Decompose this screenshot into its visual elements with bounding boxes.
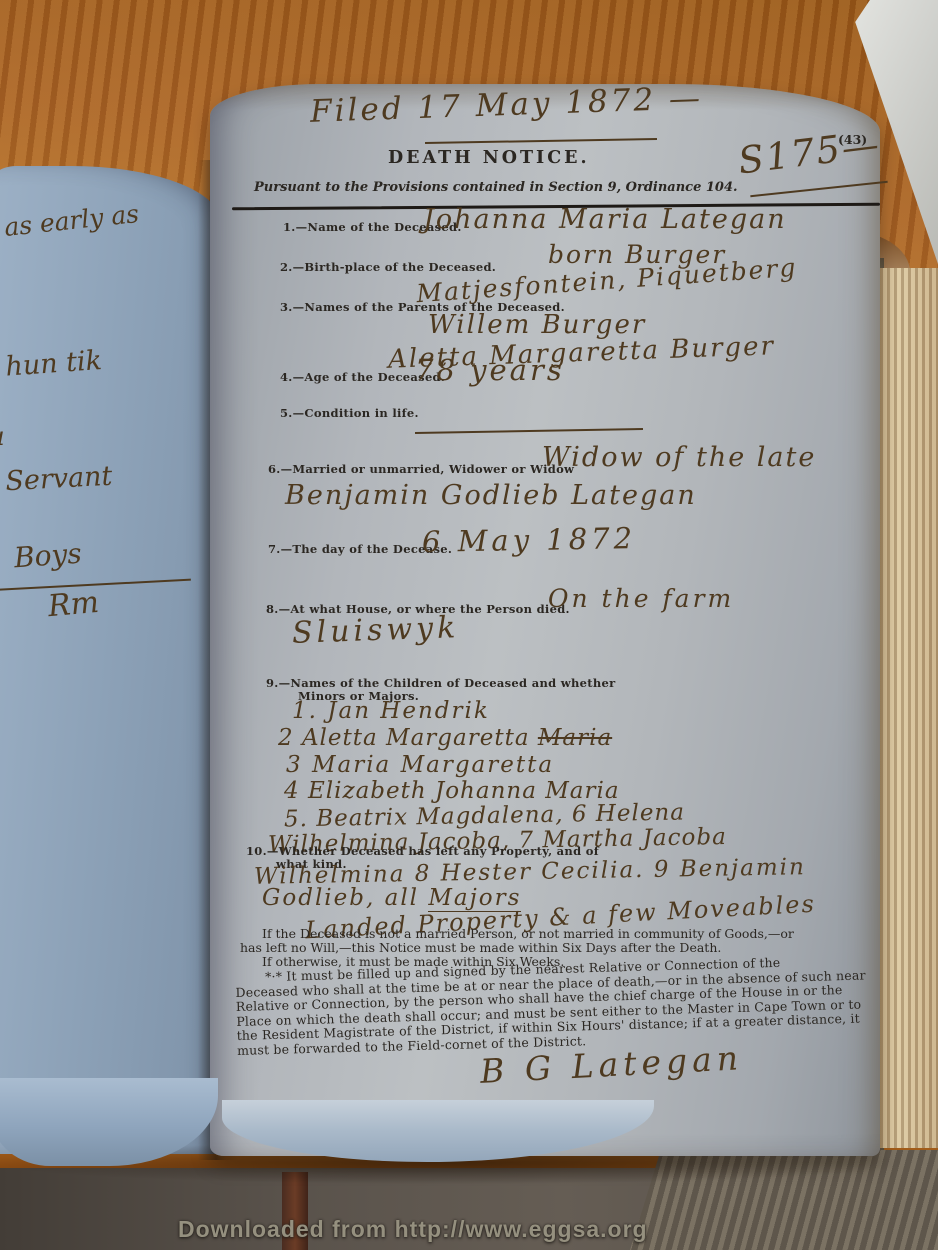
left-page-fragment: t Servant bbox=[0, 463, 113, 497]
children-list-line: 4 Elizabeth Johanna Maria bbox=[284, 780, 620, 803]
legal-notice-line: has left no Will,—this Notice must be ma… bbox=[240, 940, 721, 955]
field-3-value: Willem Burger bbox=[428, 312, 646, 338]
filed-annotation: Filed 17 May 1872 — bbox=[310, 83, 704, 128]
children-line-text: 2 Aletta Margaretta bbox=[278, 725, 538, 751]
children-list-line: 1. Jan Hendrik bbox=[292, 700, 490, 723]
field-10-label-line1: 10.—Whether Deceased has left any Proper… bbox=[246, 844, 599, 858]
page-subtitle: Pursuant to the Provisions contained in … bbox=[254, 180, 738, 195]
photo-of-death-notice: as early as t hun tik l u t Servant Boys… bbox=[0, 0, 938, 1250]
legal-notice-line: If the Deceased is not a married Person,… bbox=[262, 926, 794, 941]
field-2-label: 2.—Birth-place of the Deceased. bbox=[280, 260, 496, 274]
field-8-value-line2: Sluiswyk bbox=[292, 613, 460, 649]
left-page: as early as t hun tik l u t Servant Boys… bbox=[0, 166, 220, 1154]
field-4-value: 78 years bbox=[415, 356, 565, 385]
left-page-fragment: Rm bbox=[47, 588, 100, 622]
file-number-underline bbox=[750, 181, 887, 197]
page-title: DEATH NOTICE. bbox=[388, 148, 590, 168]
field-5-label: 5.—Condition in life. bbox=[280, 406, 419, 420]
field-1-value: Johanna Maria Lategan bbox=[423, 206, 787, 233]
field-8-value: On the farm bbox=[548, 586, 734, 611]
left-page-fragment: as early as bbox=[3, 201, 140, 240]
left-page-fragment: t hun tik bbox=[0, 347, 103, 382]
field-6-label: 6.—Married or unmarried, Widower or Wido… bbox=[268, 462, 574, 476]
left-page-fragment: Boys bbox=[13, 540, 82, 573]
field-6-value: Widow of the late bbox=[542, 444, 816, 471]
field-5-blank-line bbox=[415, 428, 643, 434]
children-list-line: 3 Maria Margaretta bbox=[286, 754, 554, 777]
struck-name: Maria bbox=[538, 725, 612, 751]
file-number: S175— bbox=[736, 125, 882, 179]
field-9-label-line1: 9.—Names of the Children of Deceased and… bbox=[266, 676, 615, 690]
filed-underline bbox=[425, 138, 657, 144]
watermark: Downloaded from http://www.eggsa.org bbox=[178, 1216, 648, 1243]
filing-instructions: *·* It must be filled up and signed by t… bbox=[235, 953, 881, 1059]
children-list-line: 2 Aletta Margaretta Maria bbox=[278, 727, 612, 750]
field-7-value: 6 May 1872 bbox=[422, 524, 637, 557]
left-page-fragment: u bbox=[0, 424, 5, 450]
death-notice-page: Filed 17 May 1872 — (43) S175— DEATH NOT… bbox=[210, 84, 880, 1156]
field-6-value-line2: Benjamin Godlieb Lategan bbox=[285, 482, 697, 509]
